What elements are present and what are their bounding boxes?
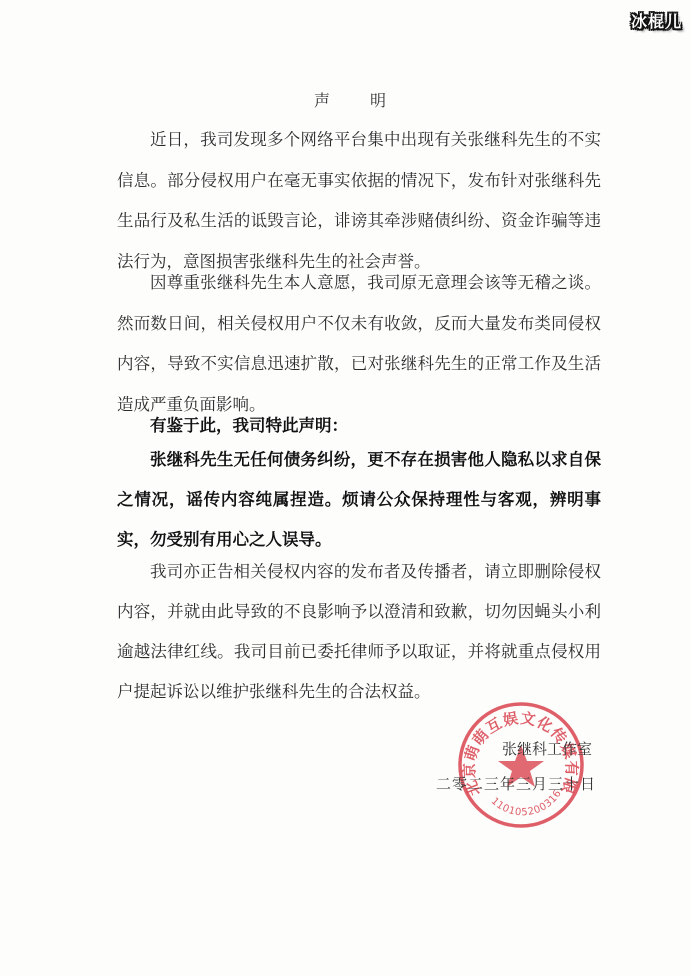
watermark: 冰棍儿 [631,9,682,32]
paragraph-background: 因尊重张继科先生本人意愿，我司原无意理会该等无稽之谈。然而数日间，相关侵权用户不… [117,263,601,425]
company-seal-stamp: 北京萌萌互娱文化传媒有限公司 1101052003163 [457,701,585,829]
paragraph-warning: 我司亦正告相关侵权内容的发布者及传播者，请立即删除侵权内容，并就由此导致的不良影… [117,552,601,712]
paragraph-declaration: 张继科先生无任何债务纠纷，更不存在损害他人隐私以求自保之情况，谣传内容纯属捏造。… [117,440,601,560]
paragraph-intro: 近日，我司发现多个网络平台集中出现有关张继科先生的不实信息。部分侵权用户在毫无事… [117,120,601,282]
signature: 张继科工作室 [502,738,592,759]
date: 二零二三年三月三十日 [436,773,596,794]
document-title: 声明 [0,88,690,111]
